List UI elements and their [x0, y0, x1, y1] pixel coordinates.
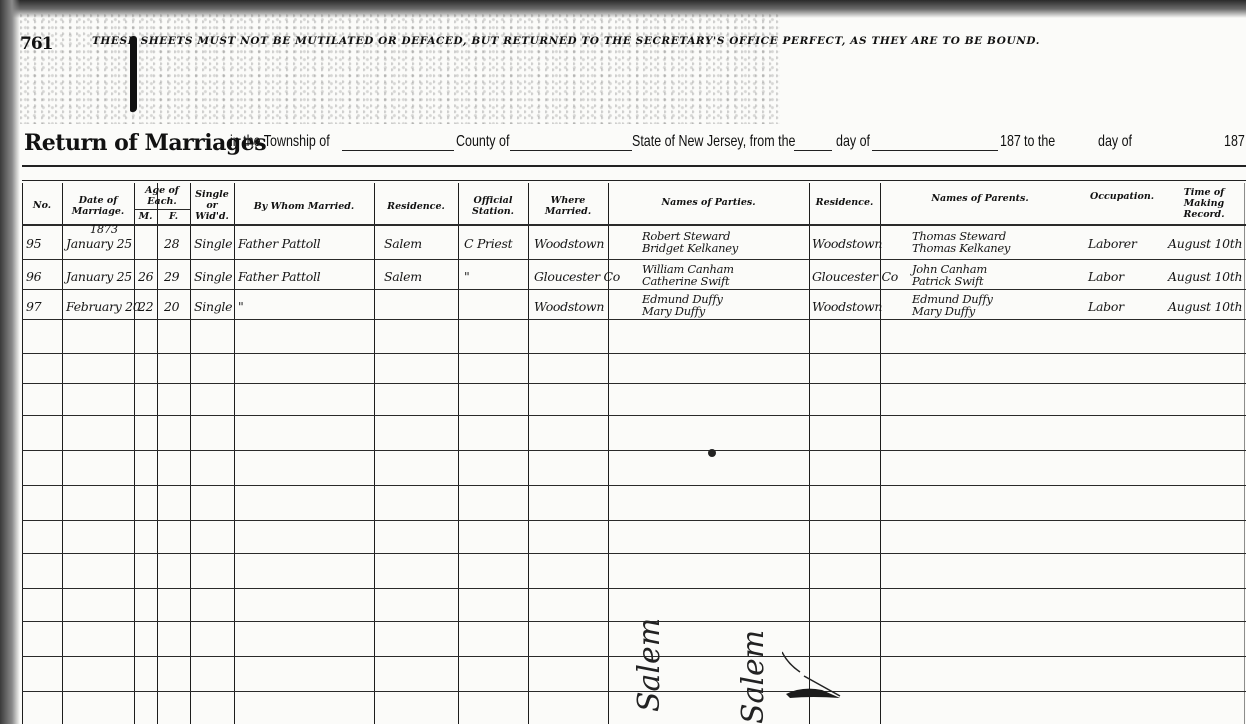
- check-mark-icon: [782, 650, 842, 700]
- state-label: State of New Jersey, from the: [632, 133, 795, 151]
- header-residence-parties: Residence.: [809, 197, 880, 208]
- ink-blot: [130, 36, 137, 112]
- cell-occupation: Labor: [1088, 269, 1124, 284]
- cell-status: Single: [194, 236, 232, 251]
- cell-where-married: Woodstown: [534, 236, 604, 251]
- township-blank: [342, 150, 454, 151]
- cell-age-m: 26: [138, 269, 153, 284]
- table-top-rule: [22, 180, 1246, 181]
- cell-names-of-parents: Edmund DuffyMary Duffy: [912, 293, 993, 317]
- cell-names-of-parents: Thomas StewardThomas Kelkaney: [912, 230, 1010, 254]
- scan-edge-left: [0, 0, 20, 724]
- header-by-whom-married: By Whom Married.: [234, 201, 374, 212]
- cell-residence-2: Woodstown: [812, 236, 882, 251]
- year-prefix-1: 187: [1000, 133, 1021, 151]
- cell-residence: Salem: [384, 269, 422, 284]
- cell-no: 97: [26, 299, 41, 314]
- header-names-of-parents: Names of Parents.: [880, 193, 1080, 204]
- cell-official-station: ": [464, 269, 469, 284]
- cell-by-whom: Father Pattoll: [238, 269, 320, 284]
- cell-status: Single: [194, 269, 232, 284]
- cell-time-of-record: August 10th: [1168, 299, 1242, 314]
- cell-names-of-parties: Edmund DuffyMary Duffy: [642, 293, 723, 317]
- cell-where-married: Gloucester Co: [534, 269, 620, 284]
- cell-status: Single: [194, 299, 232, 314]
- header-age-of-each: Age of Each.: [134, 185, 190, 207]
- cell-time-of-record: August 10th: [1168, 269, 1242, 284]
- day-of-label-1: day of: [836, 133, 870, 151]
- cell-by-whom: Father Pattoll: [238, 236, 320, 251]
- header-where-married: Where Married.: [528, 195, 608, 217]
- header-age-f: F.: [157, 211, 190, 222]
- header-residence: Residence.: [374, 201, 458, 212]
- cell-no: 95: [26, 236, 41, 251]
- cell-time-of-record: August 10th: [1168, 236, 1242, 251]
- to-the-label: to the: [1024, 133, 1055, 151]
- county-label: County of: [456, 133, 509, 151]
- header-time-of-record: Time of Making Record.: [1164, 187, 1244, 220]
- margin-note-2: Salem: [736, 630, 771, 724]
- cell-age-f: 28: [164, 236, 179, 251]
- cell-occupation: Labor: [1088, 299, 1124, 314]
- sheet-number: 761: [20, 34, 53, 54]
- header-no: No.: [22, 200, 62, 211]
- title-underline: [22, 165, 1246, 167]
- cell-residence: Salem: [384, 236, 422, 251]
- header-single-or-widowed: Single or Wid'd.: [190, 189, 234, 222]
- cell-date: January 25: [66, 269, 132, 284]
- binding-warning: THESE SHEETS MUST NOT BE MUTILATED OR DE…: [92, 35, 1182, 47]
- header-occupation: Occupation.: [1080, 191, 1164, 202]
- header-official-station: Official Station.: [458, 195, 528, 217]
- margin-note-1: Salem: [632, 618, 667, 712]
- cell-names-of-parties: William CanhamCatherine Swift: [642, 263, 734, 287]
- year-prefix-2: 187: [1224, 133, 1245, 151]
- header-date-of-marriage: Date of Marriage.: [62, 195, 134, 217]
- cell-by-whom: ": [238, 299, 243, 314]
- cell-official-station: C Priest: [464, 236, 512, 251]
- header-age-m: M.: [134, 211, 157, 222]
- form-title-row: Return of Marriages in the Township of C…: [24, 130, 1246, 170]
- county-blank: [510, 150, 632, 151]
- marriage-return-sheet: 761 THESE SHEETS MUST NOT BE MUTILATED O…: [0, 0, 1246, 724]
- cell-where-married: Woodstown: [534, 299, 604, 314]
- cell-age-m: 22: [138, 299, 153, 314]
- cell-names-of-parties: Robert StewardBridget Kelkaney: [642, 230, 738, 254]
- cell-residence-2: Gloucester Co: [812, 269, 898, 284]
- cell-date: February 20: [66, 299, 140, 314]
- cell-no: 96: [26, 269, 41, 284]
- from-month-blank: [872, 150, 998, 151]
- cell-date: January 25: [66, 236, 132, 251]
- from-day-blank: [794, 150, 832, 151]
- cell-occupation: Laborer: [1088, 236, 1137, 251]
- cell-names-of-parents: John CanhamPatrick Swift: [912, 263, 987, 287]
- year-annotation: 1873: [90, 223, 118, 236]
- header-names-of-parties: Names of Parties.: [608, 197, 809, 208]
- cell-age-f: 29: [164, 269, 179, 284]
- day-of-label-2: day of: [1098, 133, 1132, 151]
- cell-age-f: 20: [164, 299, 179, 314]
- cell-residence-2: Woodstown: [812, 299, 882, 314]
- ink-spot: [708, 449, 716, 457]
- township-label: in the Township of: [230, 133, 330, 151]
